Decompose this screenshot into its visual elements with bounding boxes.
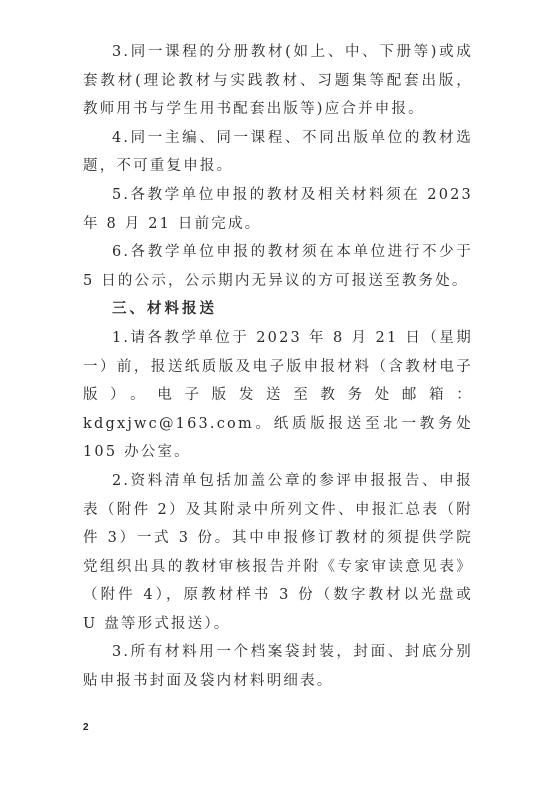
section-heading-materials-submission: 三、材料报送 xyxy=(83,295,473,324)
submission-item-2: 2.资料清单包括加盖公章的参评申报报告、申报表（附件 2）及其附录中所列文件、申… xyxy=(83,467,473,639)
document-page: 3.同一课程的分册教材(如上、中、下册等)或成套教材(理论教材与实践教材、习题集… xyxy=(0,0,555,786)
submission-item-3: 3.所有材料用一个档案袋封装，封面、封底分别贴申报书封面及袋内材料明细表。 xyxy=(83,638,473,695)
submission-item-1: 1.请各教学单位于 2023 年 8 月 21 日（星期一）前，报送纸质版及电子… xyxy=(83,324,473,467)
paragraph-item-3: 3.同一课程的分册教材(如上、中、下册等)或成套教材(理论教材与实践教材、习题集… xyxy=(83,38,473,124)
paragraph-item-6: 6.各教学单位申报的教材须在本单位进行不少于 5 日的公示，公示期内无异议的方可… xyxy=(83,238,473,295)
page-number: 2 xyxy=(83,722,89,733)
paragraph-item-5: 5.各教学单位申报的教材及相关材料须在 2023 年 8 月 21 日前完成。 xyxy=(83,181,473,238)
document-body: 3.同一课程的分册教材(如上、中、下册等)或成套教材(理论教材与实践教材、习题集… xyxy=(83,38,473,696)
paragraph-item-4: 4.同一主编、同一课程、不同出版单位的教材选题，不可重复申报。 xyxy=(83,124,473,181)
